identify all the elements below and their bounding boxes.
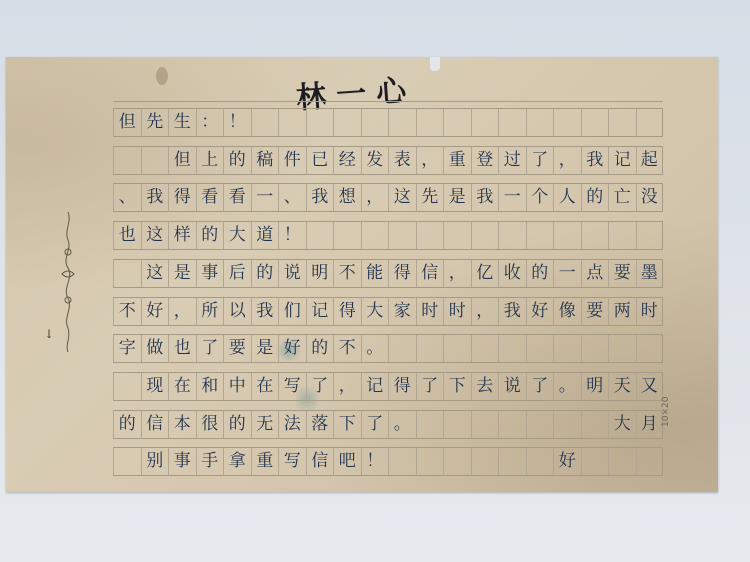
grid-cell xyxy=(526,335,554,362)
grid-cell xyxy=(113,448,141,475)
grid-cell: 去 xyxy=(471,373,499,400)
grid-cell xyxy=(608,222,636,249)
paper-tear xyxy=(430,57,440,71)
grid-cell: 点 xyxy=(581,260,609,287)
grid-cell: ， xyxy=(361,184,389,211)
grid-cell: 好 xyxy=(278,335,306,362)
grid-cell xyxy=(498,448,526,475)
grid-cell: 事 xyxy=(168,448,196,475)
grid-cell xyxy=(388,335,416,362)
grid-cell: 经 xyxy=(333,147,361,174)
grid-cell xyxy=(581,335,609,362)
grid-size-label: 10×20 xyxy=(661,397,671,427)
grid-cell xyxy=(113,260,141,287)
grid-cell: 这 xyxy=(388,184,416,211)
grid-cell xyxy=(636,448,664,475)
grid-cell xyxy=(498,411,526,438)
grid-cell: 一 xyxy=(498,184,526,211)
grid-cell: 墨 xyxy=(636,260,664,287)
grid-cell: 时 xyxy=(416,298,444,325)
grid-cell: 不 xyxy=(333,335,361,362)
grid-cell: 。 xyxy=(361,335,389,362)
grid-cell: ， xyxy=(168,298,196,325)
grid-cell: 们 xyxy=(278,298,306,325)
grid-cell: 先 xyxy=(141,109,169,136)
grid-cell: 说 xyxy=(278,260,306,287)
grid-cell: ！ xyxy=(278,222,306,249)
grid-cell: 亿 xyxy=(471,260,499,287)
grid-cell: 我 xyxy=(141,184,169,211)
grid-cell: 过 xyxy=(498,147,526,174)
grid-cell: ！ xyxy=(223,109,251,136)
grid-cell xyxy=(306,109,334,136)
grid-cell: 我 xyxy=(251,298,279,325)
paper-stain xyxy=(156,67,168,85)
grid-cell xyxy=(636,335,664,362)
grid-cell: 得 xyxy=(333,298,361,325)
grid-cell: 稿 xyxy=(251,147,279,174)
grid-cell xyxy=(306,222,334,249)
grid-cell: 吧 xyxy=(333,448,361,475)
grid-cell: 件 xyxy=(278,147,306,174)
grid-cell: 也 xyxy=(168,335,196,362)
grid-cell xyxy=(581,448,609,475)
grid-cell: 了 xyxy=(361,411,389,438)
grid-cell: 。 xyxy=(553,373,581,400)
grid-cell xyxy=(113,373,141,400)
grid-cell: 我 xyxy=(498,298,526,325)
grid-cell: 时 xyxy=(443,298,471,325)
grid-cell xyxy=(608,109,636,136)
grid-cell: 法 xyxy=(278,411,306,438)
grid-cell: 是 xyxy=(168,260,196,287)
grid-cell xyxy=(416,222,444,249)
grid-cell: 像 xyxy=(553,298,581,325)
grid-cell: 后 xyxy=(223,260,251,287)
grid-cell: 我 xyxy=(471,184,499,211)
grid-cell xyxy=(471,411,499,438)
grid-cell xyxy=(416,448,444,475)
grid-cell: 亡 xyxy=(608,184,636,211)
grid-cell: 看 xyxy=(223,184,251,211)
grid-cell: 在 xyxy=(251,373,279,400)
grid-row: 但先生：！ xyxy=(113,108,663,137)
grid-cell: 没 xyxy=(636,184,664,211)
grid-cell: 无 xyxy=(251,411,279,438)
grid-cell xyxy=(141,147,169,174)
grid-cell xyxy=(416,411,444,438)
grid-cell: 了 xyxy=(416,373,444,400)
grid-cell: 信 xyxy=(416,260,444,287)
grid-cell: 信 xyxy=(306,448,334,475)
grid-cell: 要 xyxy=(581,298,609,325)
grid-cell: 两 xyxy=(608,298,636,325)
grid-cell xyxy=(443,448,471,475)
grid-cell: 也 xyxy=(113,222,141,249)
grid-cell: 上 xyxy=(196,147,224,174)
grid-cell xyxy=(553,411,581,438)
manuscript-paper: 林一心 ↓ 但先生：！但上的稿件已经发表，重登过了，我记起、我得看看一、我想，这… xyxy=(6,57,718,492)
grid-cell: 要 xyxy=(608,260,636,287)
grid-cell: 得 xyxy=(388,373,416,400)
grid-cell xyxy=(443,109,471,136)
grid-cell: 的 xyxy=(223,411,251,438)
grid-cell: 和 xyxy=(196,373,224,400)
grid-cell xyxy=(278,109,306,136)
grid-cell xyxy=(388,448,416,475)
grid-cell: 看 xyxy=(196,184,224,211)
grid-cell xyxy=(526,448,554,475)
grid-cell: 的 xyxy=(581,184,609,211)
grid-cell xyxy=(526,411,554,438)
grid-cell: 现 xyxy=(141,373,169,400)
grid-cell: ， xyxy=(443,260,471,287)
grid-cell: 下 xyxy=(443,373,471,400)
grid-cell: 落 xyxy=(306,411,334,438)
grid-cell xyxy=(388,109,416,136)
grid-cell xyxy=(581,411,609,438)
side-mark: ↓ xyxy=(44,327,54,341)
grid-row: 也这样的大道！ xyxy=(113,221,663,250)
grid-cell xyxy=(636,222,664,249)
grid-cell: 我 xyxy=(306,184,334,211)
grid-cell: 又 xyxy=(636,373,664,400)
grid-row: 但上的稿件已经发表，重登过了，我记起 xyxy=(113,146,663,175)
grid-cell: 、 xyxy=(278,184,306,211)
grid-cell: 不 xyxy=(113,298,141,325)
grid-cell: 中 xyxy=(223,373,251,400)
grid-cell: 在 xyxy=(168,373,196,400)
grid-row: 这是事后的说明不能得信，亿收的一点要墨 xyxy=(113,259,663,288)
grid-cell: 收 xyxy=(498,260,526,287)
grid-cell: 事 xyxy=(196,260,224,287)
grid-cell: 本 xyxy=(168,411,196,438)
grid-cell: 重 xyxy=(251,448,279,475)
grid-cell: 了 xyxy=(306,373,334,400)
grid-cell: 得 xyxy=(388,260,416,287)
grid-row: 别事手拿重写信吧！好 xyxy=(113,447,663,476)
grid-cell xyxy=(553,222,581,249)
grid-cell: 的 xyxy=(306,335,334,362)
grid-cell: 时 xyxy=(636,298,664,325)
grid-cell: 但 xyxy=(113,109,141,136)
grid-cell: 好 xyxy=(526,298,554,325)
grid-cell xyxy=(443,222,471,249)
grid-cell: 我 xyxy=(581,147,609,174)
grid-cell xyxy=(333,109,361,136)
grid-cell: 的 xyxy=(223,147,251,174)
grid-cell: 要 xyxy=(223,335,251,362)
grid-cell: 很 xyxy=(196,411,224,438)
grid-cell xyxy=(526,222,554,249)
grid-cell: ， xyxy=(333,373,361,400)
grid-cell: 已 xyxy=(306,147,334,174)
grid-cell: ！ xyxy=(361,448,389,475)
grid-cell: 了 xyxy=(526,373,554,400)
grid-cell: 生 xyxy=(168,109,196,136)
grid-cell: 一 xyxy=(553,260,581,287)
grid-cell: 的 xyxy=(113,411,141,438)
grid-cell xyxy=(608,448,636,475)
grid-cell: 不 xyxy=(333,260,361,287)
grid-cell: ， xyxy=(416,147,444,174)
grid-cell: 登 xyxy=(471,147,499,174)
grid-cell: 是 xyxy=(443,184,471,211)
grid-cell: 是 xyxy=(251,335,279,362)
grid-cell xyxy=(553,335,581,362)
grid-cell: 信 xyxy=(141,411,169,438)
grid-cell xyxy=(498,222,526,249)
grid-cell: 记 xyxy=(608,147,636,174)
grid-cell: 。 xyxy=(388,411,416,438)
grid-cell xyxy=(443,411,471,438)
grid-cell xyxy=(471,335,499,362)
grid-cell: 发 xyxy=(361,147,389,174)
grid-row: 不好，所以我们记得大家时时，我好像要两时 xyxy=(113,297,663,326)
grid-row: 、我得看看一、我想，这先是我一个人的亡没 xyxy=(113,183,663,212)
grid-cell: 大 xyxy=(361,298,389,325)
grid-cell: 重 xyxy=(443,147,471,174)
grid-cell: 大 xyxy=(223,222,251,249)
grid-cell: 表 xyxy=(388,147,416,174)
grid-cell: 记 xyxy=(361,373,389,400)
grid-cell: 人 xyxy=(553,184,581,211)
grid-cell: 的 xyxy=(251,260,279,287)
grid-cell: 的 xyxy=(526,260,554,287)
grid-cell xyxy=(471,109,499,136)
grid-cell: 个 xyxy=(526,184,554,211)
grid-cell: 起 xyxy=(636,147,664,174)
grid-cell: 大 xyxy=(608,411,636,438)
grid-row: 现在和中在写了，记得了下去说了。明天又 xyxy=(113,372,663,401)
grid-cell: 写 xyxy=(278,373,306,400)
grid-cell: 月 xyxy=(636,411,664,438)
grid-cell xyxy=(498,109,526,136)
grid-cell xyxy=(581,109,609,136)
vine-ornament-icon xyxy=(58,212,78,352)
grid-cell: 了 xyxy=(196,335,224,362)
grid-cell: 天 xyxy=(608,373,636,400)
grid-cell xyxy=(636,109,664,136)
grid-cell: 好 xyxy=(553,448,581,475)
grid-cell: 明 xyxy=(581,373,609,400)
grid-cell: 能 xyxy=(361,260,389,287)
grid-cell: 手 xyxy=(196,448,224,475)
grid-cell xyxy=(361,109,389,136)
grid-cell: 拿 xyxy=(223,448,251,475)
grid-cell: 以 xyxy=(223,298,251,325)
grid-cell xyxy=(388,222,416,249)
grid-cell xyxy=(471,222,499,249)
grid-cell xyxy=(471,448,499,475)
grid-cell xyxy=(251,109,279,136)
grid-cell: 明 xyxy=(306,260,334,287)
grid-cell: 先 xyxy=(416,184,444,211)
grid-cell: 别 xyxy=(141,448,169,475)
grid-cell: 道 xyxy=(251,222,279,249)
grid-cell: 了 xyxy=(526,147,554,174)
grid-cell: 但 xyxy=(168,147,196,174)
grid-cell xyxy=(553,109,581,136)
grid-cell: ， xyxy=(471,298,499,325)
grid-row: 字做也了要是好的不。 xyxy=(113,334,663,363)
grid-cell: 写 xyxy=(278,448,306,475)
grid-cell: 家 xyxy=(388,298,416,325)
grid-cell xyxy=(498,335,526,362)
grid-cell: 样 xyxy=(168,222,196,249)
grid-cell: ： xyxy=(196,109,224,136)
grid-cell xyxy=(416,109,444,136)
grid-cell xyxy=(113,147,141,174)
grid-cell: 的 xyxy=(196,222,224,249)
grid-cell: 字 xyxy=(113,335,141,362)
grid-cell xyxy=(526,109,554,136)
grid-cell: 做 xyxy=(141,335,169,362)
grid-cell: 说 xyxy=(498,373,526,400)
grid-cell xyxy=(333,222,361,249)
grid-cell: 下 xyxy=(333,411,361,438)
grid-cell xyxy=(581,222,609,249)
grid-cell: 记 xyxy=(306,298,334,325)
grid-cell: 这 xyxy=(141,260,169,287)
grid-cell xyxy=(608,335,636,362)
header-rule xyxy=(113,101,663,102)
grid-cell: 得 xyxy=(168,184,196,211)
grid-row: 的信本很的无法落下了。大月 xyxy=(113,410,663,439)
grid-cell: 好 xyxy=(141,298,169,325)
grid-cell xyxy=(416,335,444,362)
grid-cell: 、 xyxy=(113,184,141,211)
grid-cell: ， xyxy=(553,147,581,174)
grid-cell: 所 xyxy=(196,298,224,325)
grid-cell: 想 xyxy=(333,184,361,211)
grid-cell: 这 xyxy=(141,222,169,249)
grid-cell xyxy=(443,335,471,362)
grid-cell: 一 xyxy=(251,184,279,211)
grid-cell xyxy=(361,222,389,249)
